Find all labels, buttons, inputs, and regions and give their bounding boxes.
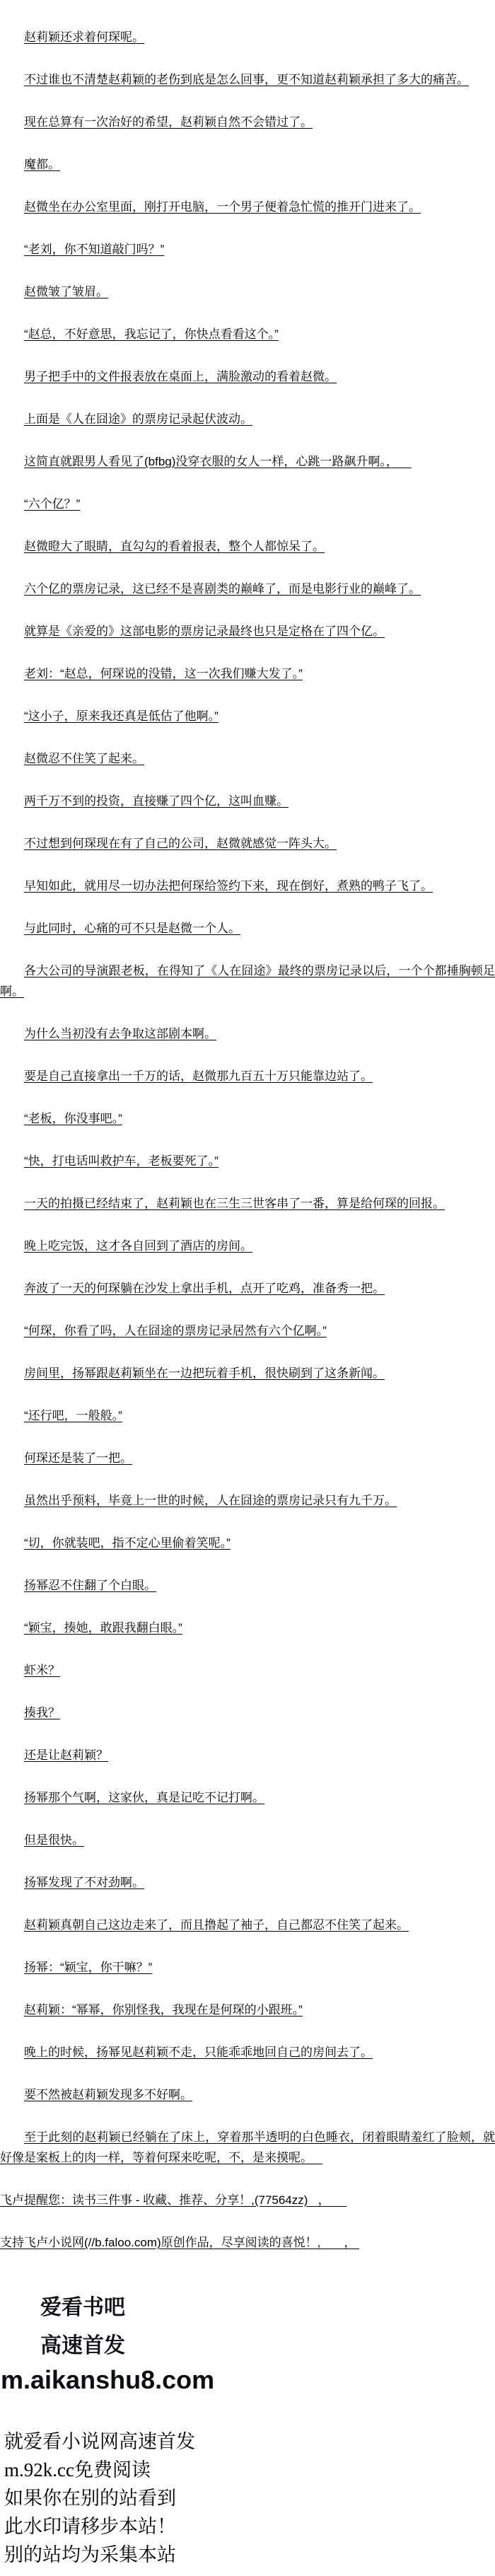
novel-paragraph: 扬幂那个气啊，这家伙，真是记吃不记打啊。 bbox=[0, 1787, 495, 1808]
novel-paragraph: 扬幂发现了不对劲啊。 bbox=[0, 1872, 495, 1893]
novel-paragraph: 扬幂：“颖宝，你干嘛？” bbox=[0, 1957, 495, 1978]
anti-piracy-watermark: 就爱看小说网高速首发m.92k.cc免费阅读如果你在别的站看到此水印请移步本站！… bbox=[0, 2427, 495, 2576]
novel-paragraph: “快，打电话叫救护车，老板要死了。” bbox=[0, 1151, 495, 1171]
novel-paragraph: 各大公司的导演跟老板，在得知了《人在囧途》最终的票房记录以后，一个个都捶胸顿足啊… bbox=[0, 961, 495, 1002]
novel-paragraph: 魔都。 bbox=[0, 154, 495, 175]
novel-paragraph: 赵莉颖还求着何琛呢。 bbox=[0, 27, 495, 47]
novel-paragraph: 虾米？ bbox=[0, 1660, 495, 1681]
novel-paragraph: 不过谁也不清楚赵莉颖的老伤到底是怎么回事，更不知道赵莉颖承担了多大的痛苦。 bbox=[0, 69, 495, 90]
novel-paragraph: 飞卢提醒您：读书三件事 - 收藏、推荐、分享！,(77564zz) ， bbox=[0, 2190, 495, 2210]
novel-paragraph: “这小子，原来我还真是低估了他啊。” bbox=[0, 706, 495, 726]
novel-paragraph: 赵微坐在办公室里面，刚打开电脑，一个男子便着急忙慌的推开门进来了。 bbox=[0, 197, 495, 217]
watermark-line: 如果你在别的站看到 bbox=[4, 2484, 495, 2512]
novel-paragraph: 房间里，扬幂跟赵莉颖坐在一边把玩着手机，很快刷到了这条新闻。 bbox=[0, 1363, 495, 1383]
novel-paragraph: “老板，你没事吧。” bbox=[0, 1108, 495, 1129]
watermark-line: 此水印请移步本站！ bbox=[4, 2512, 495, 2541]
watermark-line: m.92k.cc免费阅读 bbox=[4, 2456, 495, 2484]
novel-paragraph: 但是很快。 bbox=[0, 1830, 495, 1850]
novel-paragraph: “还行吧，一般般。” bbox=[0, 1405, 495, 1426]
promo-site-name: 爱看书吧 bbox=[40, 2295, 495, 2321]
novel-paragraph: 两千万不到的投资，直接赚了四个亿，这叫血赚。 bbox=[0, 791, 495, 811]
novel-paragraph: 至于此刻的赵莉颖已经躺在了床上，穿着那半透明的白色睡衣，闭着眼睛羞红了脸颊，就好… bbox=[0, 2127, 495, 2168]
novel-paragraph: “颖宝，揍她，敢跟我翻白眼。” bbox=[0, 1618, 495, 1638]
novel-paragraph: 就算是《亲爱的》这部电影的票房记录最终也只是定格在了四个亿。 bbox=[0, 621, 495, 642]
novel-paragraph: 晚上的时候，扬幂见赵莉颖不走，只能乖乖地回自己的房间去了。 bbox=[0, 2042, 495, 2062]
novel-paragraph: 虽然出乎预料，毕竟上一世的时候，人在囧途的票房记录只有九千万。 bbox=[0, 1490, 495, 1511]
novel-paragraph: 扬幂忍不住翻了个白眼。 bbox=[0, 1575, 495, 1596]
novel-paragraph: 男子把手中的文件报表放在桌面上，满脸激动的看着赵微。 bbox=[0, 366, 495, 387]
chapter-text: 赵莉颖还求着何琛呢。不过谁也不清楚赵莉颖的老伤到底是怎么回事，更不知道赵莉颖承担… bbox=[0, 27, 495, 2253]
novel-paragraph: “老刘，你不知道敲门吗？” bbox=[0, 239, 495, 260]
novel-paragraph: 赵莉颖：“幂幂，你别怪我，我现在是何琛的小跟班。” bbox=[0, 2000, 495, 2020]
novel-reader-page: 赵莉颖还求着何琛呢。不过谁也不清楚赵莉颖的老伤到底是怎么回事，更不知道赵莉颖承担… bbox=[0, 0, 495, 2576]
novel-paragraph: 赵莉颖真朝自己这边走来了，而且撸起了袖子，自己都忍不住笑了起来。 bbox=[0, 1915, 495, 1935]
promo-block: 爱看书吧 高速首发 m.aikanshu8.com bbox=[0, 2295, 495, 2395]
novel-paragraph: 揍我？ bbox=[0, 1702, 495, 1723]
novel-paragraph: 早知如此，就用尽一切办法把何琛给签约下来，现在倒好，煮熟的鸭子飞了。 bbox=[0, 876, 495, 896]
novel-paragraph: 不过想到何琛现在有了自己的公司，赵微就感觉一阵头大。 bbox=[0, 833, 495, 854]
novel-paragraph: “何琛，你看了吗，人在囧途的票房记录居然有六个亿啊。” bbox=[0, 1321, 495, 1341]
novel-paragraph: 老刘：“赵总，何琛说的没错，这一次我们赚大发了。” bbox=[0, 663, 495, 684]
novel-paragraph: 这简直就跟男人看见了(bfbg)没穿衣服的女人一样，心跳一路飙升啊。， bbox=[0, 451, 495, 472]
novel-paragraph: 还是让赵莉颖？ bbox=[0, 1745, 495, 1765]
novel-paragraph: 赵微忍不住笑了起来。 bbox=[0, 748, 495, 769]
promo-tagline: 高速首发 bbox=[40, 2333, 495, 2359]
novel-paragraph: 要是自己直接拿出一千万的话，赵微那九百五十万只能靠边站了。 bbox=[0, 1066, 495, 1086]
novel-paragraph: 奔波了一天的何琛躺在沙发上拿出手机，点开了吃鸡，准备秀一把。 bbox=[0, 1278, 495, 1299]
novel-paragraph: “切，你就装吧，指不定心里偷着笑呢。” bbox=[0, 1533, 495, 1553]
novel-paragraph: 一天的拍摄已经结束了，赵莉颖也在三生三世客串了一番，算是给何琛的回报。 bbox=[0, 1193, 495, 1214]
novel-paragraph: 何琛还是装了一把。 bbox=[0, 1448, 495, 1468]
novel-paragraph: 现在总算有一次治好的希望，赵莉颖自然不会错过了。 bbox=[0, 112, 495, 132]
novel-paragraph: 赵微皱了皱眉。 bbox=[0, 282, 495, 302]
novel-paragraph: 与此同时，心痛的可不只是赵微一个人。 bbox=[0, 918, 495, 939]
promo-domain-url: m.aikanshu8.com bbox=[1, 2365, 495, 2395]
novel-paragraph: “赵总，不好意思，我忘记了，你快点看看这个。” bbox=[0, 324, 495, 344]
watermark-line: 就爱看小说网高速首发 bbox=[4, 2427, 495, 2456]
novel-paragraph: 要不然被赵莉颖发现多不好啊。 bbox=[0, 2084, 495, 2105]
novel-paragraph: 为什么当初没有去争取这部剧本啊。 bbox=[0, 1023, 495, 1044]
watermark-line: 别的站均为采集本站 bbox=[4, 2541, 495, 2569]
novel-paragraph: 六个亿的票房记录，这已经不是喜剧类的巅峰了，而是电影行业的巅峰了。 bbox=[0, 579, 495, 599]
novel-paragraph: 支持飞卢小说网(//b.faloo.com)原创作品，尽享阅读的喜悦！, ， bbox=[0, 2232, 495, 2253]
novel-paragraph: 赵微瞪大了眼睛，直勾勾的看着报表，整个人都惊呆了。 bbox=[0, 536, 495, 557]
novel-paragraph: 晚上吃完饭，这才各自回到了酒店的房间。 bbox=[0, 1236, 495, 1256]
novel-paragraph: 上面是《人在囧途》的票房记录起伏波动。 bbox=[0, 409, 495, 429]
novel-paragraph: “六个亿？” bbox=[0, 494, 495, 514]
